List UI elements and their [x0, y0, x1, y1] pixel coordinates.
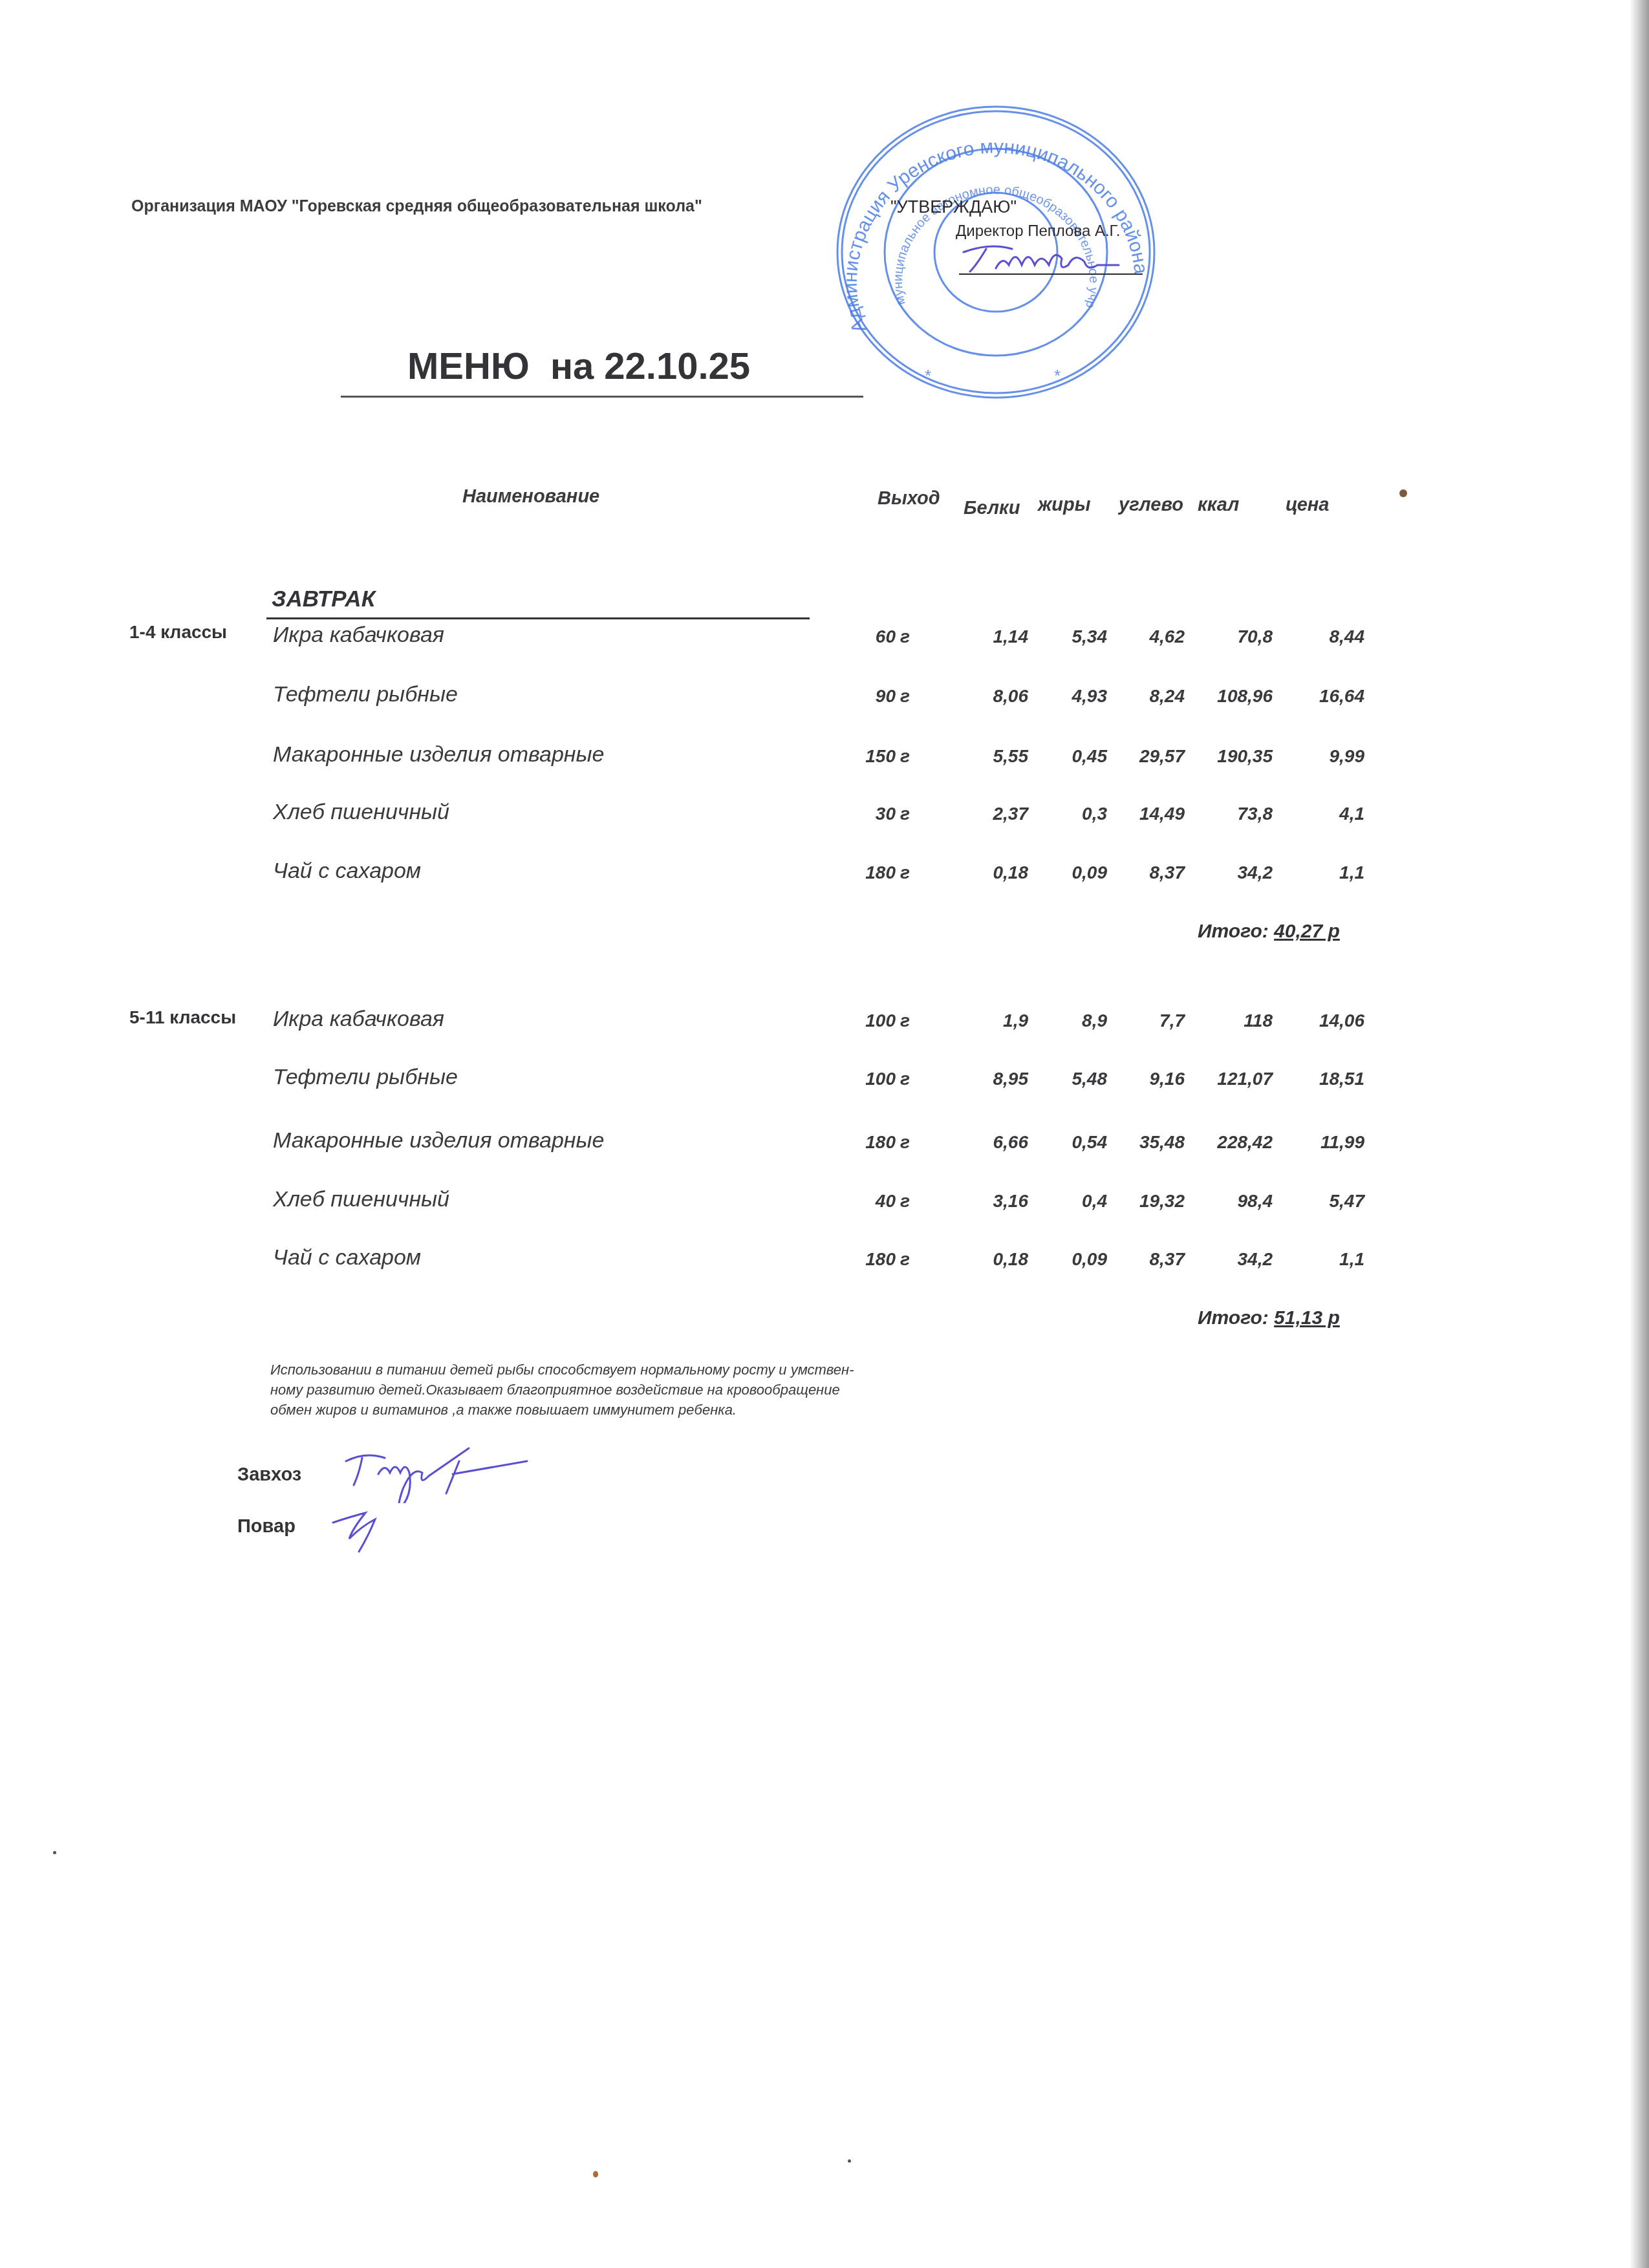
column-header-kcal: ккал [1198, 495, 1239, 516]
carbs-cell: 7,7 [1112, 1011, 1185, 1031]
protein-cell: 8,95 [957, 1069, 1028, 1089]
kcal-cell: 228,42 [1190, 1132, 1273, 1153]
fat-cell: 0,09 [1035, 862, 1107, 883]
dish-name: Хлеб пшеничный [273, 800, 449, 825]
table-row: Икра кабачковая100г1,98,97,711814,06 [0, 1007, 1649, 1039]
group-total-5-11: Итого: 51,13 р [1198, 1307, 1340, 1329]
kcal-cell: 108,96 [1190, 686, 1273, 707]
column-header-name: Наименование [462, 486, 599, 508]
price-cell: 4,1 [1287, 804, 1364, 824]
meal-title: ЗАВТРАК [272, 586, 375, 612]
svg-text:*: * [1054, 366, 1061, 385]
yield-cell: 180 [847, 1249, 896, 1270]
director-signature-icon [951, 239, 1125, 278]
price-cell: 5,47 [1287, 1191, 1364, 1212]
dish-name: Чай с сахаром [273, 859, 421, 884]
storekeeper-signature-icon [339, 1445, 540, 1503]
table-row: Макаронные изделия отварные150г5,550,452… [0, 742, 1649, 775]
protein-cell: 8,06 [957, 686, 1028, 707]
unit-cell: г [900, 1132, 916, 1153]
total-label: Итого: [1198, 1307, 1269, 1329]
total-label: Итого: [1198, 921, 1269, 942]
carbs-cell: 14,49 [1112, 804, 1185, 824]
director-signature-line [959, 273, 1143, 275]
yield-cell: 180 [847, 1132, 896, 1153]
yield-cell: 100 [847, 1069, 896, 1089]
protein-cell: 0,18 [957, 862, 1028, 883]
column-header-carbs: углево [1119, 495, 1183, 516]
protein-cell: 1,14 [957, 626, 1028, 647]
column-header-price: цена [1286, 495, 1329, 516]
table-row: Хлеб пшеничный30г2,370,314,4973,84,1 [0, 800, 1649, 832]
kcal-cell: 98,4 [1190, 1191, 1273, 1212]
carbs-cell: 35,48 [1112, 1132, 1185, 1153]
fat-cell: 0,54 [1035, 1132, 1107, 1153]
dish-name: Икра кабачковая [273, 623, 444, 648]
unit-cell: г [900, 1249, 916, 1270]
carbs-cell: 8,37 [1112, 862, 1185, 883]
meal-title-underline [266, 617, 810, 619]
unit-cell: г [900, 1191, 916, 1212]
unit-cell: г [900, 626, 916, 647]
kcal-cell: 190,35 [1190, 746, 1273, 767]
fat-cell: 5,34 [1035, 626, 1107, 647]
column-header-yield: Выход [878, 488, 940, 509]
table-row: Чай с сахаром180г0,180,098,3734,21,1 [0, 1245, 1649, 1278]
svg-text:*: * [925, 366, 931, 385]
price-cell: 8,44 [1287, 626, 1364, 647]
table-row: Макаронные изделия отварные180г6,660,543… [0, 1128, 1649, 1161]
fat-cell: 0,09 [1035, 1249, 1107, 1270]
group-total-1-4: Итого: 40,27 р [1198, 921, 1340, 943]
price-cell: 1,1 [1287, 1249, 1364, 1270]
director-name: Директор Пеплова А.Г. [956, 222, 1120, 241]
table-row: Тефтели рыбные90г8,064,938,24108,9616,64 [0, 682, 1649, 714]
yield-cell: 60 [847, 626, 896, 647]
fat-cell: 8,9 [1035, 1011, 1107, 1031]
kcal-cell: 121,07 [1190, 1069, 1273, 1089]
scan-speck [53, 1851, 56, 1854]
note-line: Использовании в питании детей рыбы спосо… [270, 1360, 1046, 1380]
kcal-cell: 118 [1190, 1011, 1273, 1031]
price-cell: 18,51 [1287, 1069, 1364, 1089]
storekeeper-label: Завхоз [237, 1464, 301, 1486]
protein-cell: 5,55 [957, 746, 1028, 767]
scan-speck [1399, 489, 1407, 497]
protein-cell: 2,37 [957, 804, 1028, 824]
table-row: Тефтели рыбные100г8,955,489,16121,0718,5… [0, 1065, 1649, 1097]
fat-cell: 5,48 [1035, 1069, 1107, 1089]
dish-name: Икра кабачковая [273, 1007, 444, 1032]
protein-cell: 0,18 [957, 1249, 1028, 1270]
column-header-fat: жиры [1038, 495, 1091, 516]
total-amount: 40,27 р [1274, 921, 1340, 942]
unit-cell: г [900, 804, 916, 824]
kcal-cell: 34,2 [1190, 862, 1273, 883]
price-cell: 1,1 [1287, 862, 1364, 883]
price-cell: 16,64 [1287, 686, 1364, 707]
fat-cell: 4,93 [1035, 686, 1107, 707]
protein-cell: 3,16 [957, 1191, 1028, 1212]
dish-name: Чай с сахаром [273, 1245, 421, 1270]
dish-name: Хлеб пшеничный [273, 1187, 449, 1212]
yield-cell: 40 [847, 1191, 896, 1212]
yield-cell: 30 [847, 804, 896, 824]
scan-speck [593, 2171, 598, 2177]
carbs-cell: 8,24 [1112, 686, 1185, 707]
fat-cell: 0,4 [1035, 1191, 1107, 1212]
protein-cell: 6,66 [957, 1132, 1028, 1153]
dish-name: Тефтели рыбные [273, 1065, 458, 1090]
yield-cell: 150 [847, 746, 896, 767]
note-line: обмен жиров и витаминов ,а также повышае… [270, 1400, 1046, 1420]
unit-cell: г [900, 862, 916, 883]
fat-cell: 0,3 [1035, 804, 1107, 824]
price-cell: 14,06 [1287, 1011, 1364, 1031]
kcal-cell: 73,8 [1190, 804, 1273, 824]
unit-cell: г [900, 1011, 916, 1031]
column-header-protein: Белки [964, 498, 1020, 519]
dish-name: Макаронные изделия отварные [273, 1128, 604, 1153]
kcal-cell: 34,2 [1190, 1249, 1273, 1270]
title-underline [341, 396, 863, 398]
price-cell: 11,99 [1287, 1132, 1364, 1153]
table-row: Икра кабачковая60г1,145,344,6270,88,44 [0, 623, 1649, 655]
table-row: Хлеб пшеничный40г3,160,419,3298,45,47 [0, 1187, 1649, 1219]
yield-cell: 90 [847, 686, 896, 707]
table-row: Чай с сахаром180г0,180,098,3734,21,1 [0, 859, 1649, 891]
protein-cell: 1,9 [957, 1011, 1028, 1031]
kcal-cell: 70,8 [1190, 626, 1273, 647]
unit-cell: г [900, 686, 916, 707]
organization-name: Организация МАОУ "Горевская средняя обще… [131, 197, 702, 216]
yield-cell: 180 [847, 862, 896, 883]
note-line: ному развитию детей.Оказывает благоприят… [270, 1380, 1046, 1400]
total-amount: 51,13 р [1274, 1307, 1340, 1329]
cook-signature-icon [330, 1503, 414, 1555]
dish-name: Тефтели рыбные [273, 682, 458, 707]
cook-label: Повар [237, 1516, 296, 1537]
approval-label: "УТВЕРЖДАЮ" [890, 197, 1017, 217]
unit-cell: г [900, 746, 916, 767]
carbs-cell: 29,57 [1112, 746, 1185, 767]
price-cell: 9,99 [1287, 746, 1364, 767]
nutrition-note: Использовании в питании детей рыбы спосо… [270, 1360, 1046, 1420]
dish-name: Макаронные изделия отварные [273, 742, 604, 767]
scan-speck [848, 2159, 851, 2163]
carbs-cell: 8,37 [1112, 1249, 1185, 1270]
carbs-cell: 9,16 [1112, 1069, 1185, 1089]
carbs-cell: 19,32 [1112, 1191, 1185, 1212]
carbs-cell: 4,62 [1112, 626, 1185, 647]
unit-cell: г [900, 1069, 916, 1089]
fat-cell: 0,45 [1035, 746, 1107, 767]
yield-cell: 100 [847, 1011, 896, 1031]
page-title: МЕНЮ на 22.10.25 [407, 345, 750, 388]
